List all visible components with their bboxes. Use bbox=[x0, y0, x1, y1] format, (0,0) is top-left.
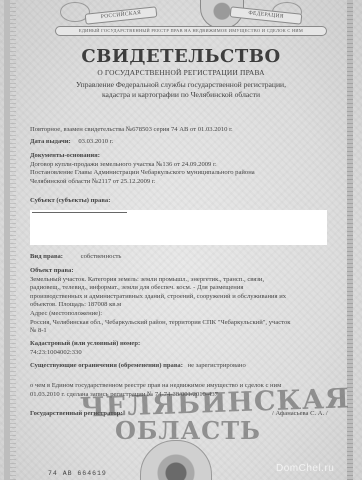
object-line: производственных и административных здан… bbox=[30, 293, 330, 302]
issue-date-value: 03.03.2010 г. bbox=[78, 138, 113, 145]
document-title: СВИДЕТЕЛЬСТВО bbox=[0, 46, 362, 67]
basis-line: Постановление Главы Администрации Чебарк… bbox=[30, 169, 330, 178]
object-line: радиовещ., телевид., информат., земли дл… bbox=[30, 284, 330, 293]
encumbrance-label: Существующие ограничения (обременения) п… bbox=[30, 362, 183, 369]
issue-date-label: Дата выдачи: bbox=[30, 138, 71, 145]
encumbrance-row: Существующие ограничения (обременения) п… bbox=[30, 362, 330, 371]
authority-line: кадастра и картографии по Челябинской об… bbox=[0, 90, 362, 100]
subject-label: Субъект (субъекты) права: bbox=[30, 197, 110, 204]
ribbon-left: РОССИЙСКАЯ bbox=[85, 6, 158, 24]
authority-line: Управление Федеральной службы государств… bbox=[0, 80, 362, 90]
subject-label-row: Субъект (субъекты) права: bbox=[30, 197, 330, 206]
basis-documents: Документы-основания: Договор купли-прода… bbox=[30, 152, 330, 186]
serial-number: 74 АВ 664619 bbox=[48, 470, 107, 477]
document-subtitle: О ГОСУДАРСТВЕННОЙ РЕГИСТРАЦИИ ПРАВА bbox=[0, 68, 362, 77]
object-label: Объект права: bbox=[30, 267, 330, 276]
address-line: № 8-1 bbox=[30, 327, 330, 336]
issue-date-row: Дата выдачи: 03.03.2010 г. bbox=[30, 138, 330, 147]
right-type-value: собственность bbox=[81, 253, 122, 260]
ribbon-bottom: ЕДИНЫЙ ГОСУДАРСТВЕННЫЙ РЕЕСТР ПРАВ НА НЕ… bbox=[55, 26, 327, 36]
redacted-subject-block bbox=[30, 210, 327, 245]
right-type-label: Вид права: bbox=[30, 253, 63, 260]
basis-label: Документы-основания: bbox=[30, 152, 330, 161]
object-section: Объект права: Земельный участок. Категор… bbox=[30, 267, 330, 336]
encumbrance-value: не зарегистрировано bbox=[188, 362, 246, 369]
stamp-text-oblast: ОБЛАСТЬ bbox=[115, 416, 261, 445]
cadastral-section: Кадастровый (или условный) номер: 74:23:… bbox=[30, 340, 330, 357]
certificate-sheet: РОССИЙСКАЯ ФЕДЕРАЦИЯ ЕДИНЫЙ ГОСУДАРСТВЕН… bbox=[0, 0, 362, 480]
redaction-edge bbox=[32, 212, 127, 213]
address-line: Россия, Челябинская обл., Чебаркульский … bbox=[30, 319, 330, 328]
basis-line: Договор купли-продажи земельного участка… bbox=[30, 161, 330, 170]
cadastral-label: Кадастровый (или условный) номер: bbox=[30, 340, 330, 349]
right-type-row: Вид права: собственность bbox=[30, 253, 330, 262]
address-label: Адрес (местоположение): bbox=[30, 310, 330, 319]
site-watermark: DomChel.ru bbox=[276, 463, 334, 474]
header-emblem: РОССИЙСКАЯ ФЕДЕРАЦИЯ ЕДИНЫЙ ГОСУДАРСТВЕН… bbox=[40, 0, 325, 40]
object-line: объектов. Площадь: 187008 кв.м bbox=[30, 301, 330, 310]
object-line: Земельный участок. Категория земель: зем… bbox=[30, 276, 330, 285]
reissue-note: Повторное, взамен свидетельства №678503 … bbox=[30, 126, 330, 135]
issuing-authority: Управление Федеральной службы государств… bbox=[0, 80, 362, 100]
basis-line: Челябинской области №2117 от 25.12.2009 … bbox=[30, 178, 330, 187]
cadastral-number: 74:23:1004002:330 bbox=[30, 349, 330, 358]
